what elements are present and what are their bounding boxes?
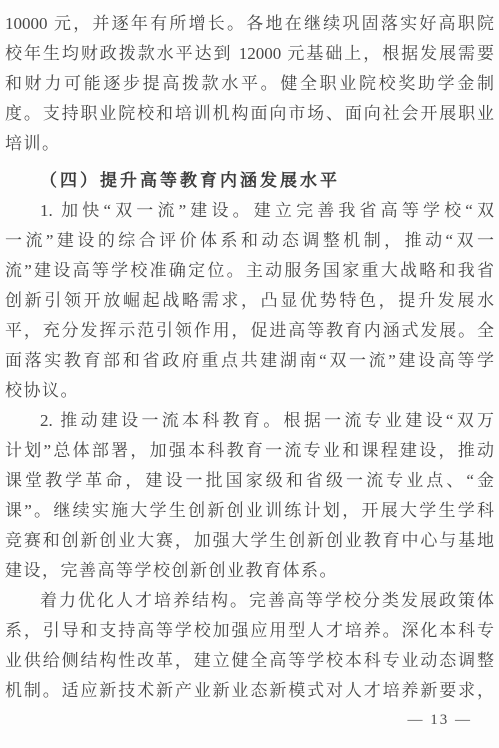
text-line: 系，引导和支持高等学校加强应用型人才培养。深化本科专 (5, 616, 494, 646)
text-line: 培训。 (5, 129, 494, 159)
text-line: 校协议。 (5, 376, 494, 406)
text-line: 平，充分发挥示范引领作用，促进高等教育内涵式发展。全 (5, 316, 494, 346)
text-line: 度。支持职业院校和培训机构面向市场、面向社会开展职业 (5, 99, 494, 129)
text-line: 创新引领开放崛起战略需求，凸显优势特色，提升发展水 (5, 286, 494, 316)
page-number: — 13 — (408, 712, 473, 728)
text-line: 着力优化人才培养结构。完善高等学校分类发展政策体 (5, 586, 494, 616)
document-lines: 10000 元，并逐年有所增长。各地在继续巩固落实好高职院校年生均财政拨款水平达… (5, 9, 494, 706)
text-line: 1. 加快“双一流”建设。建立完善我省高等学校“双 (5, 196, 494, 226)
text-line: 一流”建设的综合评价体系和动态调整机制，推动“双一 (5, 226, 494, 256)
text-line: 校年生均财政拨款水平达到 12000 元基础上，根据发展需要 (5, 39, 494, 69)
page-footer: — 13 — (5, 712, 494, 729)
text-line: 10000 元，并逐年有所增长。各地在继续巩固落实好高职院 (5, 9, 494, 39)
text-line: 2. 推动建设一流本科教育。根据一流专业建设“双万 (5, 406, 494, 436)
text-line: 竞赛和创新创业大赛，加强大学生创新创业教育中心与基地 (5, 526, 494, 556)
text-line: 建设，完善高等学校创新创业教育体系。 (5, 556, 494, 586)
text-line: 计划”总体部署，加强本科教育一流专业和课程建设，推动 (5, 436, 494, 466)
document-page: 10000 元，并逐年有所增长。各地在继续巩固落实好高职院校年生均财政拨款水平达… (0, 0, 499, 748)
text-line: 流”建设高等学校准确定位。主动服务国家重大战略和我省 (5, 256, 494, 286)
text-line: 课堂教学革命，建设一批国家级和省级一流专业点、“金 (5, 466, 494, 496)
text-line: 面落实教育部和省政府重点共建湖南“双一流”建设高等学 (5, 346, 494, 376)
section-heading: （四）提升高等教育内涵发展水平 (5, 166, 494, 196)
text-line: 和财力可能逐步提高拨款水平。健全职业院校奖助学金制 (5, 69, 494, 99)
text-line: 课”。继续实施大学生创新创业训练计划，开展大学生学科 (5, 496, 494, 526)
text-line: 业供给侧结构性改革，建立健全高等学校本科专业动态调整 (5, 646, 494, 676)
text-line: 机制。适应新技术新产业新业态新模式对人才培养新要求， (5, 676, 494, 706)
